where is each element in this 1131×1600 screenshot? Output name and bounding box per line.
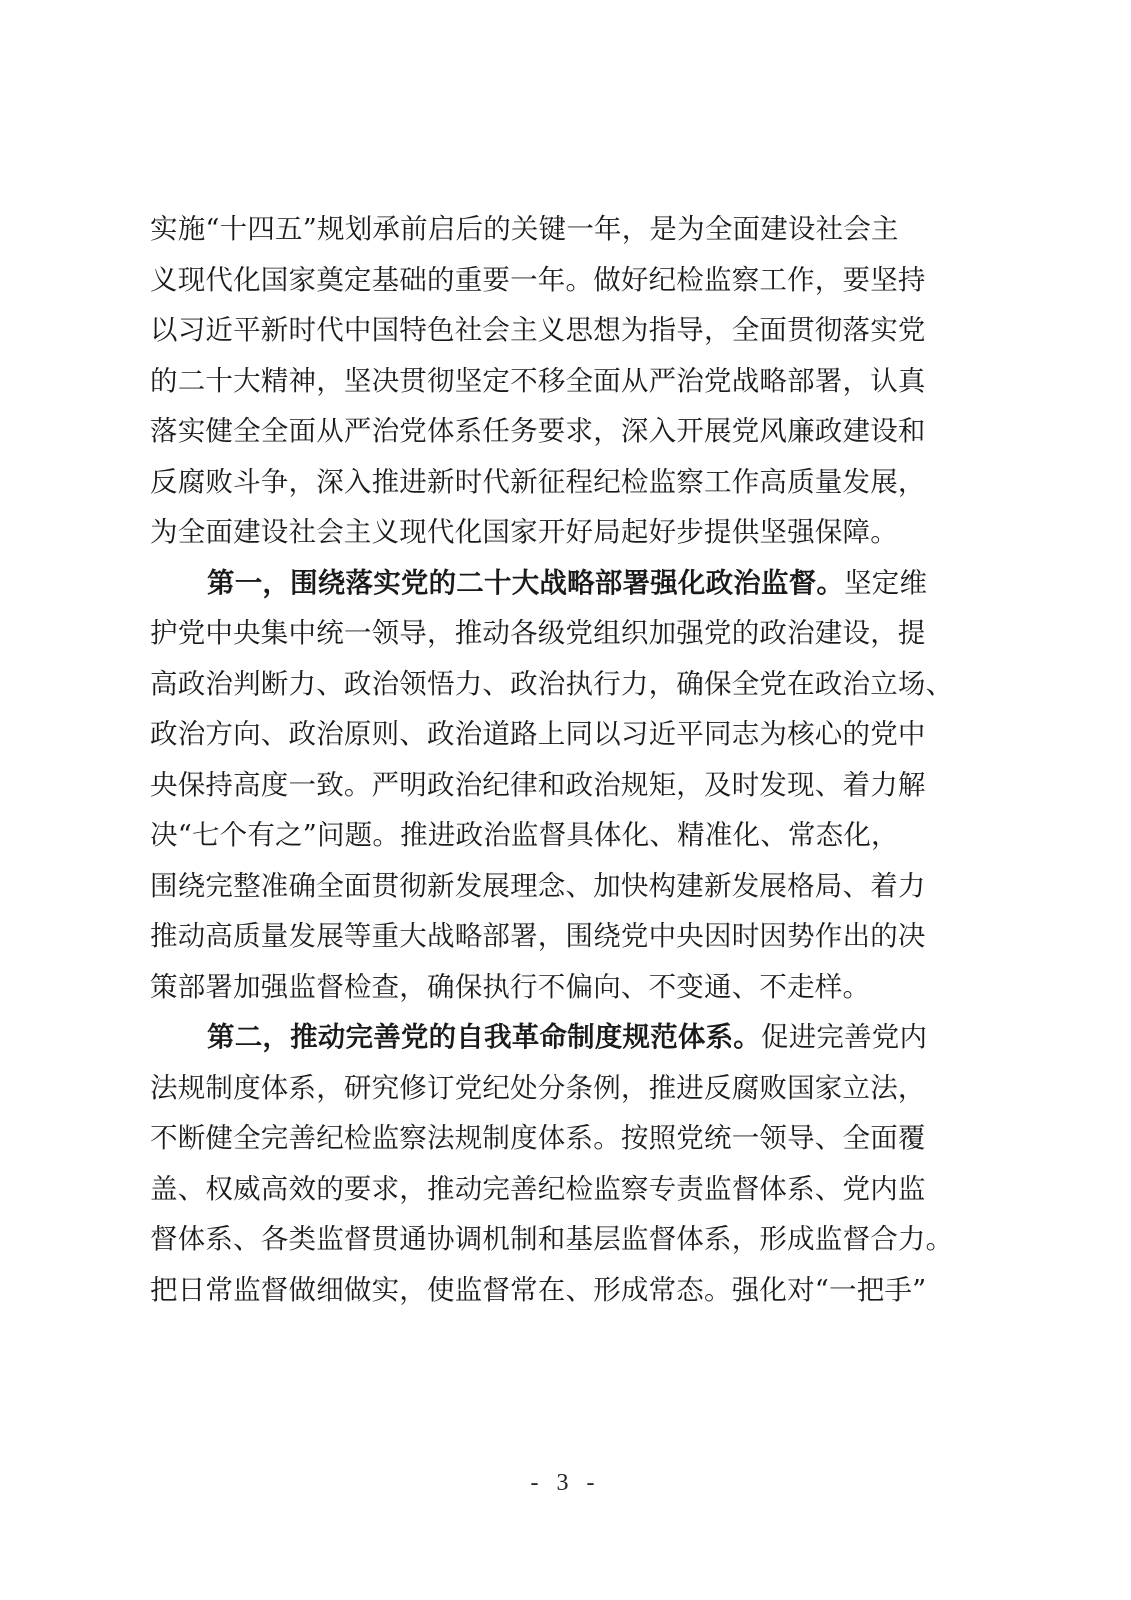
- text-line: 策部署加强监督检查，确保执行不偏向、不变通、不走样。: [150, 962, 980, 1013]
- text-line: 为全面建设社会主义现代化国家开好局起好步提供坚强保障。: [150, 507, 980, 558]
- text-line: 落实健全全面从严治党体系任务要求，深入开展党风廉政建设和: [150, 406, 980, 457]
- body-text: 实施“十四五”规划承前启后的关键一年，是为全面建设社会主 义现代化国家奠定基础的…: [150, 204, 980, 1315]
- text-run: 坚定维: [844, 567, 927, 599]
- text-line: 围绕完整准确全面贯彻新发展理念、加快构建新发展格局、着力: [150, 861, 980, 912]
- text-line: 推动高质量发展等重大战略部署，围绕党中央因时因势作出的决: [150, 911, 980, 962]
- text-line: 决“七个有之”问题。推进政治监督具体化、精准化、常态化，: [150, 810, 980, 861]
- text-line: 以习近平新时代中国特色社会主义思想为指导，全面贯彻落实党: [150, 305, 980, 356]
- text-line: 护党中央集中统一领导，推动各级党组织加强党的政治建设，提: [150, 608, 980, 659]
- text-line: 盖、权威高效的要求，推动完善纪检监察专责监督体系、党内监: [150, 1164, 980, 1215]
- paragraph-intro: 实施“十四五”规划承前启后的关键一年，是为全面建设社会主 义现代化国家奠定基础的…: [150, 204, 980, 558]
- section-heading: 第一，围绕落实党的二十大战略部署强化政治监督。: [207, 567, 844, 599]
- text-line: 央保持高度一致。严明政治纪律和政治规矩，及时发现、着力解: [150, 760, 980, 811]
- page-number: - 3 -: [0, 1470, 1131, 1497]
- text-line: 不断健全完善纪检监察法规制度体系。按照党统一领导、全面覆: [150, 1113, 980, 1164]
- text-line: 反腐败斗争，深入推进新时代新征程纪检监察工作高质量发展，: [150, 457, 980, 508]
- text-line: 政治方向、政治原则、政治道路上同以习近平同志为核心的党中: [150, 709, 980, 760]
- text-line: 第一，围绕落实党的二十大战略部署强化政治监督。坚定维: [150, 558, 980, 609]
- text-line: 第二，推动完善党的自我革命制度规范体系。促进完善党内: [150, 1012, 980, 1063]
- document-page: 实施“十四五”规划承前启后的关键一年，是为全面建设社会主 义现代化国家奠定基础的…: [0, 0, 1131, 1600]
- section-heading: 第二，推动完善党的自我革命制度规范体系。: [207, 1021, 761, 1053]
- paragraph-system-regulation: 第二，推动完善党的自我革命制度规范体系。促进完善党内 法规制度体系，研究修订党纪…: [150, 1012, 980, 1315]
- text-run: 促进完善党内: [761, 1021, 927, 1053]
- text-line: 法规制度体系，研究修订党纪处分条例，推进反腐败国家立法，: [150, 1063, 980, 1114]
- text-line: 高政治判断力、政治领悟力、政治执行力，确保全党在政治立场、: [150, 659, 980, 710]
- text-line: 实施“十四五”规划承前启后的关键一年，是为全面建设社会主: [150, 204, 980, 255]
- text-line: 义现代化国家奠定基础的重要一年。做好纪检监察工作，要坚持: [150, 255, 980, 306]
- paragraph-political-supervision: 第一，围绕落实党的二十大战略部署强化政治监督。坚定维 护党中央集中统一领导，推动…: [150, 558, 980, 1013]
- text-line: 把日常监督做细做实，使监督常在、形成常态。强化对“一把手”: [150, 1265, 980, 1316]
- text-line: 督体系、各类监督贯通协调机制和基层监督体系，形成监督合力。: [150, 1214, 980, 1265]
- text-line: 的二十大精神，坚决贯彻坚定不移全面从严治党战略部署，认真: [150, 356, 980, 407]
